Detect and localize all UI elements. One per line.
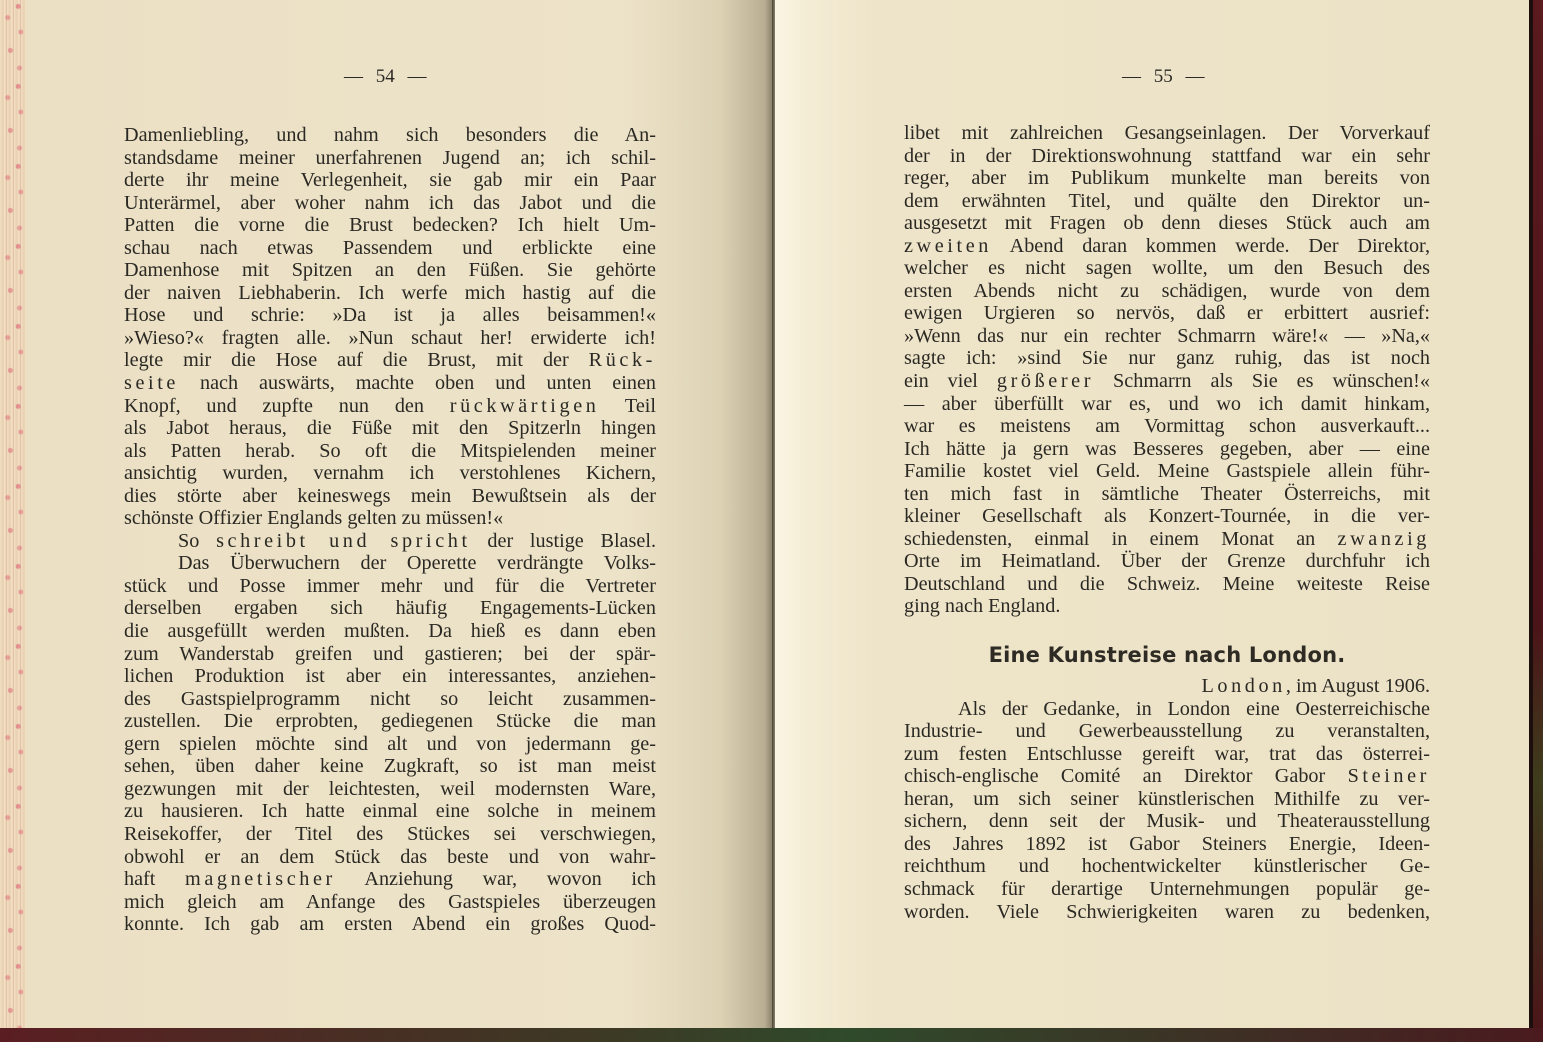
text-line: dies störte aber keineswegs mein Bewußts…: [124, 485, 656, 508]
text-line: Deutschland und die Schweiz. Meine weite…: [904, 573, 1430, 596]
text-run: Anziehung war, wovon ich: [336, 868, 656, 890]
text-line: der in der Direktionswohnung stattfand w…: [904, 145, 1430, 168]
spaced-emphasis: zweiten: [904, 235, 992, 257]
text-line: Industrie- und Gewerbeausstellung zu ver…: [904, 720, 1430, 743]
text-line: welcher es nicht sagen wollte, um den Be…: [904, 257, 1430, 280]
text-line: ein viel größerer Schmarrn als Sie es wü…: [904, 370, 1430, 393]
text-line: die ausgefüllt werden mußten. Da hieß es…: [124, 620, 656, 643]
text-line: obwohl er an dem Stück das beste und von…: [124, 846, 656, 869]
text-line: Knopf, und zupfte nun den rückwärtigen T…: [124, 395, 656, 418]
text-line: zweiten Abend daran kommen werde. Der Di…: [904, 235, 1430, 258]
text-line: sagte ich: »sind Sie nur ganz ruhig, das…: [904, 347, 1430, 370]
text-line: chisch-englische Comité an Direktor Gabo…: [904, 765, 1430, 788]
text-line: haft magnetischer Anziehung war, wovon i…: [124, 868, 656, 891]
dateline: London, im August 1906.: [904, 675, 1430, 698]
text-line: ten mich fast in sämtliche Theater Öster…: [904, 483, 1430, 506]
text-line: seite nach auswärts, machte oben und unt…: [124, 372, 656, 395]
text-line: reichthum und hochentwickelter künstleri…: [904, 855, 1430, 878]
text-line: Patten die vorne die Brust bedecken? Ich…: [124, 214, 656, 237]
text-line: schau nach etwas Passendem und erblickte…: [124, 237, 656, 260]
text-line: — aber überfüllt war es, und wo ich dami…: [904, 393, 1430, 416]
text-line: zu hausieren. Ich hatte einmal eine solc…: [124, 800, 656, 823]
text-line: lichen Produktion ist aber ein interessa…: [124, 665, 656, 688]
text-line: ging nach England.: [904, 595, 1430, 618]
text-line: standsdame meiner unerfahrenen Jugend an…: [124, 147, 656, 170]
text-run: Knopf, und zupfte nun den: [124, 395, 450, 417]
text-line: Unterärmel, aber woher nahm ich das Jabo…: [124, 192, 656, 215]
text-line: zum festen Entschlusse gereift war, trat…: [904, 743, 1430, 766]
text-line: als Jabot heraus, die Füße mit den Spitz…: [124, 417, 656, 440]
text-line: konnte. Ich gab am ersten Abend ein groß…: [124, 913, 656, 936]
text-line: Als der Gedanke, in London eine Oesterre…: [904, 698, 1430, 721]
text-line: legte mir die Hose auf die Brust, mit de…: [124, 349, 656, 372]
text-line: Damenhose mit Spitzen an den Füßen. Sie …: [124, 259, 656, 282]
text-run: ein viel: [904, 370, 997, 392]
right-page-text: libet mit zahlreichen Gesangseinlagen. D…: [904, 122, 1430, 923]
page-number-left: — 54 —: [344, 66, 427, 88]
page-number-right: — 55 —: [1122, 66, 1205, 88]
text-line: sichern, denn seit der Musik- und Theate…: [904, 810, 1430, 833]
text-line: gezwungen mit der leichtesten, weil mode…: [124, 778, 656, 801]
text-line: ausgesetzt mit Fragen ob denn dieses Stü…: [904, 212, 1430, 235]
text-line: als Patten herab. So oft die Mitspielend…: [124, 440, 656, 463]
text-line: zustellen. Die erprobten, gediegenen Stü…: [124, 710, 656, 733]
text-line: Hose und schrie: »Da ist ja alles beisam…: [124, 304, 656, 327]
spaced-emphasis: größerer: [997, 370, 1094, 392]
text-line: ewigen Urgieren so nervös, daß er erbitt…: [904, 302, 1430, 325]
book-gutter: [772, 0, 775, 1030]
text-line: Orte im Heimatland. Über der Grenze durc…: [904, 550, 1430, 573]
spaced-emphasis: schreibt und spricht: [216, 530, 471, 552]
book-cover-edge-bottom: [0, 1028, 1543, 1042]
spaced-emphasis: seite: [124, 372, 179, 394]
text-line: worden. Viele Schwierigkeiten waren zu b…: [904, 901, 1430, 924]
spaced-emphasis: rückwärtigen: [450, 395, 600, 417]
text-run: Abend daran kommen werde. Der Direktor,: [992, 235, 1430, 257]
spaced-emphasis: zwanzig: [1338, 528, 1430, 550]
text-run: Teil: [599, 395, 656, 417]
text-line: dem erwähnten Titel, und quälte den Dire…: [904, 190, 1430, 213]
text-line: »Wieso?« fragten alle. »Nun schaut her! …: [124, 327, 656, 350]
text-line: mich gleich am Anfange des Gastspieles ü…: [124, 891, 656, 914]
text-run: So: [178, 530, 216, 552]
text-line: reger, aber im Publikum munkelte man ber…: [904, 167, 1430, 190]
book-cover-edge-right: [1529, 0, 1543, 1042]
text-line: sehen, üben daher keine Zugkraft, so ist…: [124, 755, 656, 778]
text-line: schiedensten, einmal in einem Monat an z…: [904, 528, 1430, 551]
text-line: des Gastspielprogramm nicht so leicht zu…: [124, 688, 656, 711]
spaced-emphasis: magnetischer: [185, 868, 336, 890]
text-line: Reisekoffer, der Titel des Stückes sei v…: [124, 823, 656, 846]
text-line: Das Überwuchern der Operette verdrängte …: [124, 552, 656, 575]
text-line: ansichtig wurden, vernahm ich verstohlen…: [124, 462, 656, 485]
text-line: war es meistens am Vormittag schon ausve…: [904, 415, 1430, 438]
text-run: schiedensten, einmal in einem Monat an: [904, 528, 1338, 550]
text-run: haft: [124, 868, 185, 890]
text-line: der naiven Liebhaberin. Ich werfe mich h…: [124, 282, 656, 305]
text-line: Ich hätte ja gern was Besseres gegeben, …: [904, 438, 1430, 461]
text-run: nach auswärts, machte oben und unten ein…: [179, 372, 656, 394]
text-run: der lustige Blasel.: [471, 530, 656, 552]
text-line: zum Wanderstab greifen und gastieren; be…: [124, 643, 656, 666]
text-line: Familie kostet viel Geld. Meine Gastspie…: [904, 460, 1430, 483]
spaced-emphasis: London: [1201, 675, 1285, 697]
text-line: des Jahres 1892 ist Gabor Steiners Energ…: [904, 833, 1430, 856]
text-line: derselben ergaben sich häufig Engagement…: [124, 597, 656, 620]
text-line: kleiner Gesellschaft als Konzert-Tournée…: [904, 505, 1430, 528]
text-run: chisch-englische Comité an Direktor Gabo…: [904, 765, 1348, 787]
text-line: ersten Abends nicht zu schädigen, wurde …: [904, 280, 1430, 303]
page-edges-left: [0, 0, 26, 1030]
section-heading: Eine Kunstreise nach London.: [904, 637, 1430, 673]
left-page-text: Damenliebling, und nahm sich besonders d…: [124, 124, 656, 936]
text-line: »Wenn das nur ein rechter Schmarrn wäre!…: [904, 325, 1430, 348]
text-run: , im August 1906.: [1286, 675, 1430, 697]
right-page: — 55 — libet mit zahlreichen Gesangseinl…: [772, 0, 1529, 1030]
spaced-emphasis: Steiner: [1348, 765, 1430, 787]
text-line: schönste Offizier Englands gelten zu müs…: [124, 507, 656, 530]
text-line: So schreibt und spricht der lustige Blas…: [124, 530, 656, 553]
text-line: schmack für derartige Unternehmungen pop…: [904, 878, 1430, 901]
text-line: heran, um sich seiner künstlerischen Mit…: [904, 788, 1430, 811]
text-run: Schmarrn als Sie es wünschen!«: [1094, 370, 1430, 392]
text-line: gern spielen möchte sind alt und von jed…: [124, 733, 656, 756]
text-line: stück und Posse immer mehr und für die V…: [124, 575, 656, 598]
text-run: legte mir die Hose auf die Brust, mit de…: [124, 349, 589, 371]
left-page: — 54 — Damenliebling, und nahm sich beso…: [26, 0, 772, 1030]
text-line: libet mit zahlreichen Gesangseinlagen. D…: [904, 122, 1430, 145]
text-line: derte ihr meine Verlegenheit, sie gab mi…: [124, 169, 656, 192]
spaced-emphasis: Rück-: [589, 349, 656, 371]
text-line: Damenliebling, und nahm sich besonders d…: [124, 124, 656, 147]
